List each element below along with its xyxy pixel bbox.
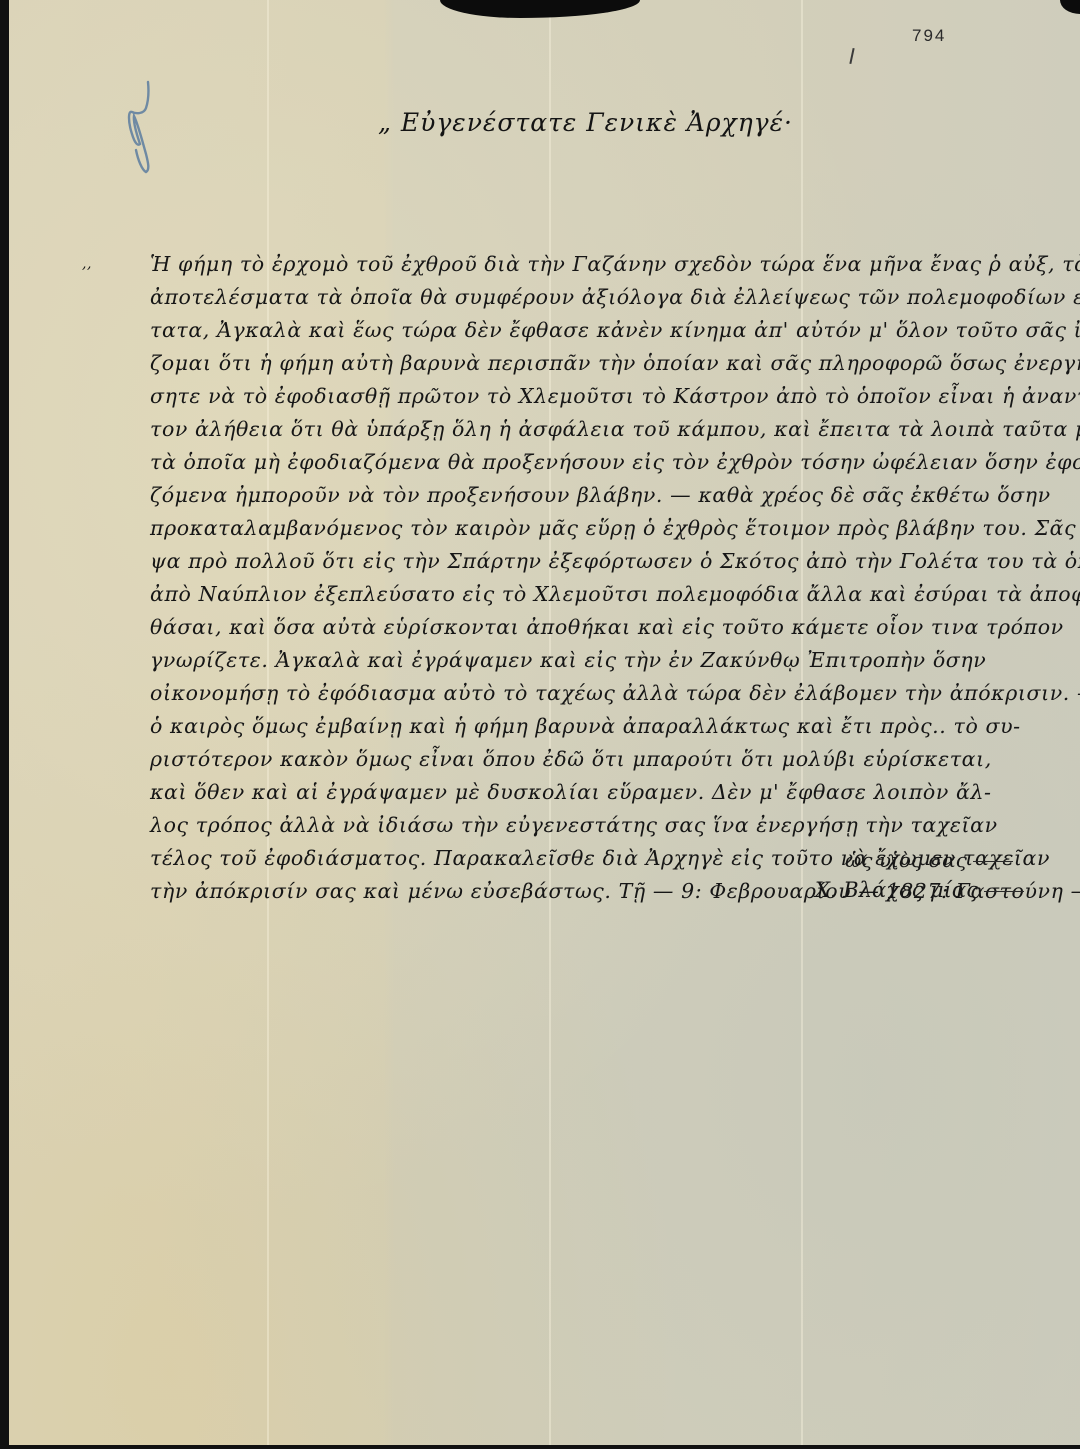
- body-line: σητε νὰ τὸ ἐφοδιασθῇ πρῶτον τὸ Χλεμοῦτσι…: [150, 384, 1070, 417]
- folio-number: 794: [912, 26, 946, 46]
- body-line: ἀποτελέσματα τὰ ὁποῖα θὰ συμφέρουν ἀξιόλ…: [150, 285, 1070, 318]
- flourish-line: [984, 891, 1024, 892]
- body-line: ,, Ἡ φήμη τὸ ἐρχομὸ τοῦ ἐχθροῦ διὰ τὴν Γ…: [150, 252, 1070, 285]
- quote-mark: ,,: [82, 256, 92, 272]
- body-line: τον ἀλήθεια ὅτι θὰ ὑπάρξῃ ὅλη ἡ ἀσφάλεια…: [150, 417, 1070, 450]
- body-line: λος τρόπος ἀλλὰ νὰ ἰδιάσω τὴν εὐγενεστάτ…: [150, 813, 1070, 846]
- body-line: ριστότερον κακὸν ὅμως εἶναι ὅπου ἐδῶ ὅτι…: [150, 747, 1070, 780]
- salutation: „ Εὐγενέστατε Γενικὲ Ἀρχηγέ·: [378, 108, 793, 137]
- closing-phrase: ὡς υἱὸς σας: [845, 848, 1013, 872]
- signature: Χ. Βλάχος μίας: [815, 878, 1024, 902]
- body-line: ὁ καιρὸς ὅμως ἐμβαίνῃ καὶ ἡ φήμη βαρυνὰ …: [150, 714, 1070, 747]
- body-line: ζομαι ὅτι ἡ φήμη αὐτὴ βαρυνὰ περισπᾶν τὴ…: [150, 351, 1070, 384]
- body-line: οἰκονομήσῃ τὸ ἐφόδιασμα αὐτὸ τὸ ταχέως ἀ…: [150, 681, 1070, 714]
- body-line: θάσαι, καὶ ὅσα αὐτὰ εὑρίσκονται ἀποθήκαι…: [150, 615, 1070, 648]
- scan-border: [0, 1445, 1080, 1449]
- body-line: ἀπὸ Ναύπλιον ἐξεπλεύσατο εἰς τὸ Χλεμοῦτσ…: [150, 582, 1070, 615]
- body-line: γνωρίζετε. Ἀγκαλὰ καὶ ἐγράψαμεν καὶ εἰς …: [150, 648, 1070, 681]
- flourish-line: [973, 861, 1013, 862]
- body-line: τὰ ὁποῖα μὴ ἐφοδιαζόμενα θὰ προξενήσουν …: [150, 450, 1070, 483]
- body-line: τατα, Ἀγκαλὰ καὶ ἕως τώρα δὲν ἔφθασε κἀν…: [150, 318, 1070, 351]
- pencil-mark-icon: [118, 80, 158, 180]
- body-line: προκαταλαμβανόμενος τὸν καιρὸν μᾶς εὕρῃ …: [150, 516, 1070, 549]
- body-line: ψα πρὸ πολλοῦ ὅτι εἰς τὴν Σπάρτην ἐξεφόρ…: [150, 549, 1070, 582]
- body-line: καὶ ὅθεν καὶ αἱ ἐγράψαμεν μὲ δυσκολίαι ε…: [150, 780, 1070, 813]
- letter-body: ,, Ἡ φήμη τὸ ἐρχομὸ τοῦ ἐχθροῦ διὰ τὴν Γ…: [150, 252, 1070, 912]
- body-line: ζόμενα ἠμποροῦν νὰ τὸν προξενήσουν βλάβη…: [150, 483, 1070, 516]
